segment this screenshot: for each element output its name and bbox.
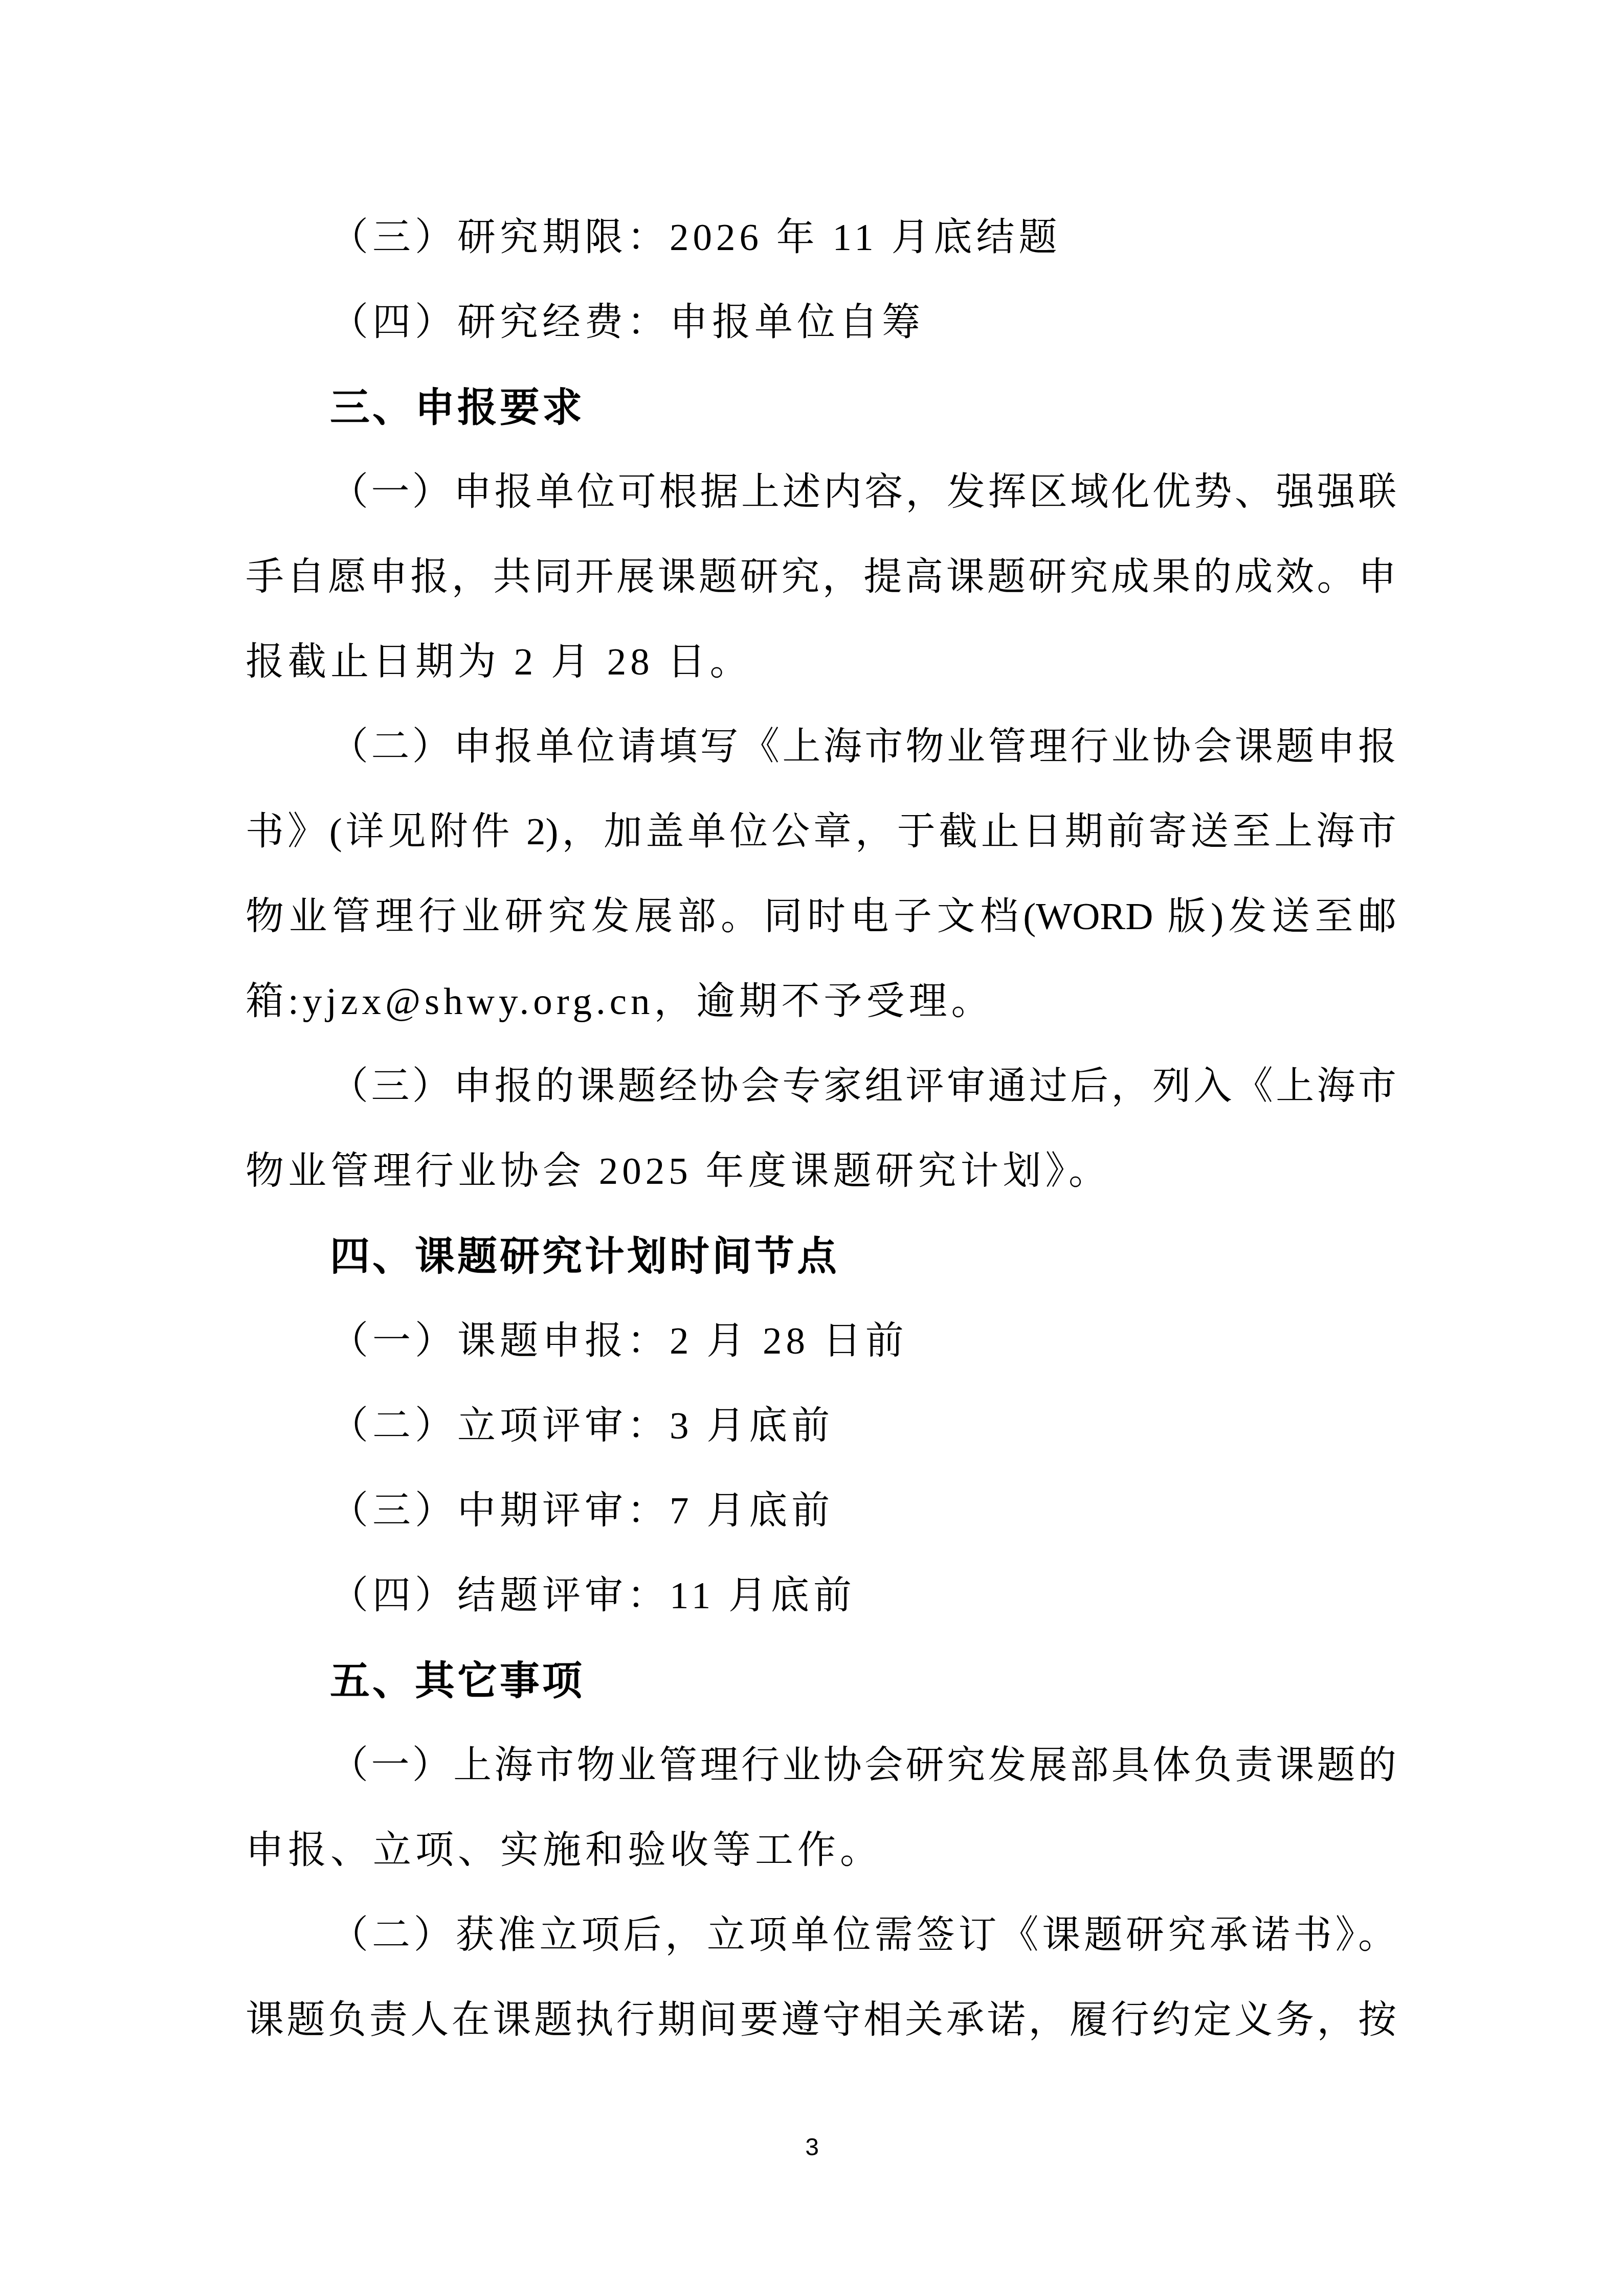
- para-req-2-line-4-email: 箱:yjzx@shwy.org.cn，逾期不予受理。: [246, 959, 1396, 1044]
- heading-section-5-other-matters: 五、其它事项: [246, 1638, 1396, 1723]
- para-req-1-line-1: （一）申报单位可根据上述内容，发挥区域化优势、强强联: [246, 450, 1396, 535]
- para-research-funding: （四）研究经费：申报单位自筹: [246, 280, 1396, 365]
- para-req-2-line-1: （二）申报单位请填写《上海市物业管理行业协会课题申报: [246, 705, 1396, 790]
- para-schedule-approval-review: （二）立项评审：3 月底前: [246, 1384, 1396, 1469]
- document-body: （三）研究期限：2026 年 11 月底结题 （四）研究经费：申报单位自筹 三、…: [246, 195, 1396, 2063]
- para-research-period: （三）研究期限：2026 年 11 月底结题: [246, 195, 1396, 280]
- para-schedule-midterm-review: （三）中期评审：7 月底前: [246, 1469, 1396, 1554]
- para-schedule-final-review: （四）结题评审：11 月底前: [246, 1554, 1396, 1638]
- para-other-2-line-1: （二）获准立项后，立项单位需签订《课题研究承诺书》。: [246, 1893, 1396, 1978]
- heading-section-4-schedule: 四、课题研究计划时间节点: [246, 1214, 1396, 1299]
- para-schedule-application: （一）课题申报：2 月 28 日前: [246, 1299, 1396, 1384]
- document-page: （三）研究期限：2026 年 11 月底结题 （四）研究经费：申报单位自筹 三、…: [0, 0, 1624, 2296]
- para-req-2-line-2: 书》(详见附件 2)，加盖单位公章，于截止日期前寄送至上海市: [246, 790, 1396, 874]
- para-req-2-line-3: 物业管理行业研究发展部。同时电子文档(WORD 版)发送至邮: [246, 874, 1396, 959]
- page-number: 3: [0, 2126, 1624, 2169]
- para-other-1-line-1: （一）上海市物业管理行业协会研究发展部具体负责课题的: [246, 1723, 1396, 1808]
- para-req-1-line-2: 手自愿申报，共同开展课题研究，提高课题研究成果的成效。申: [246, 535, 1396, 620]
- heading-section-3-application-requirements: 三、申报要求: [246, 365, 1396, 450]
- para-other-1-line-2: 申报、立项、实施和验收等工作。: [246, 1808, 1396, 1893]
- para-req-3-line-1: （三）申报的课题经协会专家组评审通过后，列入《上海市: [246, 1044, 1396, 1129]
- para-req-3-line-2: 物业管理行业协会 2025 年度课题研究计划》。: [246, 1129, 1396, 1214]
- para-other-2-line-2: 课题负责人在课题执行期间要遵守相关承诺，履行约定义务，按: [246, 1978, 1396, 2063]
- para-req-1-line-3: 报截止日期为 2 月 28 日。: [246, 620, 1396, 705]
